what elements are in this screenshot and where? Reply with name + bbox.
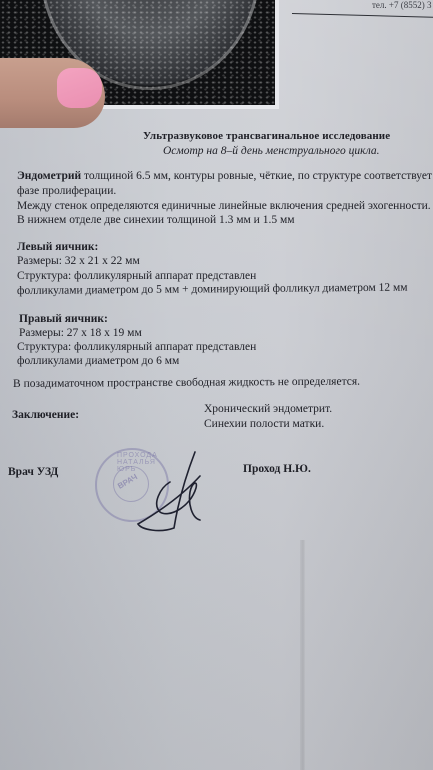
right-ovary-size: Размеры: 27 х 18 х 19 мм (19, 327, 142, 339)
endometrium-line-2: фазе пролиферации. (17, 184, 116, 199)
left-ovary-size: Размеры: 32 х 21 х 22 мм (17, 255, 140, 267)
endometrium-line-4: В нижнем отделе две синехии толщиной 1.3… (17, 213, 295, 228)
right-ovary-structure-1: Структура: фолликулярный аппарат предста… (17, 341, 256, 353)
document-title: Ультразвуковое трансвагинальное исследов… (143, 130, 390, 142)
right-ovary-heading: Правый яичник: (19, 313, 108, 325)
document-subtitle: Осмотр на 8–й день менструального цикла. (163, 145, 379, 157)
paper-fold (300, 540, 306, 770)
conclusion-line-1: Хронический эндометрит. (204, 403, 332, 415)
free-fluid-text: В позадиматочном пространстве свободная … (13, 376, 360, 390)
doctor-role: Врач УЗД (8, 466, 58, 478)
conclusion-label: Заключение: (12, 409, 79, 421)
right-ovary-structure-2: фолликулами диаметром до 6 мм (17, 355, 179, 367)
header-phone: тел. +7 (8552) 3 (372, 0, 432, 10)
signature (130, 448, 220, 543)
conclusion-line-2: Синехии полости матки. (204, 418, 324, 430)
endometrium-label: Эндометрий (17, 170, 81, 182)
endometrium-line-1: Эндометрий толщиной 6.5 мм, контуры ровн… (17, 169, 432, 184)
pink-nail (57, 68, 102, 108)
left-ovary-heading: Левый яичник: (17, 241, 98, 253)
endometrium-line-3: Между стенок определяются единичные лине… (17, 199, 431, 214)
doctor-name: Проход Н.Ю. (243, 463, 311, 475)
left-ovary-structure-1: Структура: фолликулярный аппарат предста… (17, 270, 256, 282)
endometrium-line-1-text: толщиной 6.5 мм, контуры ровные, чёткие,… (81, 170, 432, 182)
